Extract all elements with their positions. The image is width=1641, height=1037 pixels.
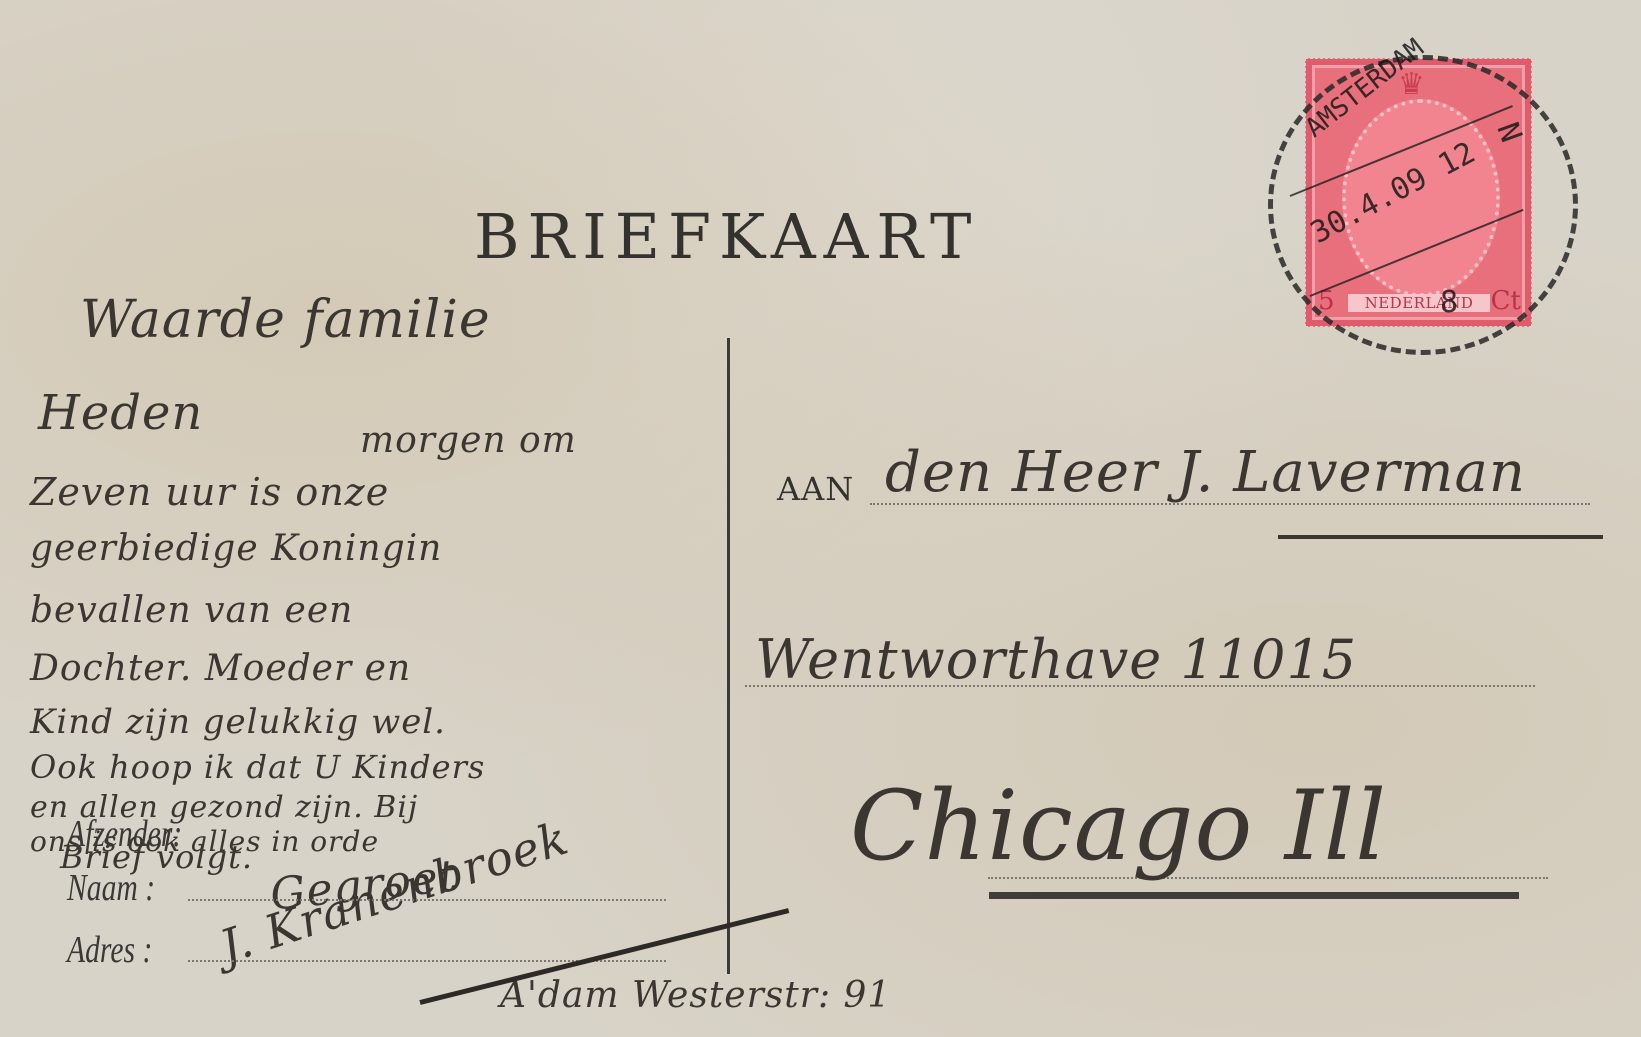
message-line: Zeven uur is onze: [30, 470, 389, 514]
address-line3: Chicago Ill: [850, 770, 1387, 882]
message-line: morgen om: [360, 420, 577, 461]
message-line: Waarde familie: [80, 290, 491, 350]
message-line: Heden: [38, 385, 203, 441]
card-divider: [727, 338, 730, 974]
message-line: geerbiedige Koningin: [30, 528, 442, 569]
adres-label: Adres :: [67, 928, 152, 972]
city-underline-bar: [989, 892, 1519, 899]
message-line: Dochter. Moeder en: [30, 648, 411, 689]
postmark-code: 8: [1440, 285, 1458, 320]
naam-dotted-line[interactable]: [188, 899, 666, 901]
address-line2: Wentworthave 11015: [755, 628, 1357, 691]
message-line: bevallen van een: [30, 590, 353, 631]
message-line: Kind zijn gelukkig wel.: [30, 702, 446, 742]
postmark-circle: [1268, 55, 1578, 355]
aan-label: AAN: [777, 470, 854, 508]
name-underline: [1278, 535, 1603, 539]
message-line: Ook hoop ik dat U Kinders: [30, 748, 485, 786]
postcard-title: BRIEFKAART: [474, 200, 979, 273]
afzender-label: Afzender:: [67, 812, 182, 856]
naam-label: Naam :: [67, 866, 155, 910]
address-line1: den Heer J. Laverman: [885, 440, 1526, 505]
sender-address: A'dam Westerstr: 91: [500, 975, 891, 1016]
